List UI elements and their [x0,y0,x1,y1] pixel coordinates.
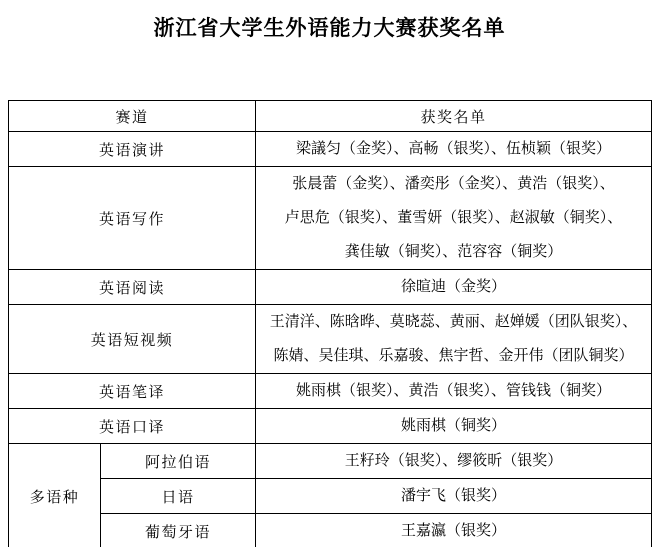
table-row: 英语口译 姚雨棋（铜奖） [9,409,652,444]
awards-table: 赛道 获奖名单 英语演讲 梁議匀（金奖）、高畅（银奖）、伍桢颖（银奖） 英语写作… [8,100,652,547]
table-row-header: 赛道 获奖名单 [9,101,652,132]
header-cell-track: 赛道 [9,101,256,132]
winners-cell: 姚雨棋（银奖）、黄浩（银奖）、管钱钱（铜奖） [256,374,652,409]
winners-cell: 王籽玲（银奖）、缪筱昕（银奖） [256,444,652,479]
winner-line: 陈婧、吴佳琪、乐嘉骏、焦宇哲、金开伟（团队铜奖） [258,339,649,373]
document-page: 浙江省大学生外语能力大赛获奖名单 赛道 获奖名单 英语演讲 梁議匀（金奖）、高畅… [0,0,659,547]
winners-cell: 姚雨棋（铜奖） [256,409,652,444]
track-label: 英语写作 [9,167,256,270]
winner-line: 徐暄迪（金奖） [258,270,649,304]
table-row: 英语笔译 姚雨棋（银奖）、黄浩（银奖）、管钱钱（铜奖） [9,374,652,409]
winners-cell: 张晨蕾（金奖）、潘奕彤（金奖）、黄浩（银奖）、 卢思危（银奖）、董雪妍（银奖）、… [256,167,652,270]
winners-cell: 王清洋、陈晗晔、莫晓蕊、黄丽、赵婵媛（团队银奖）、 陈婧、吴佳琪、乐嘉骏、焦宇哲… [256,305,652,374]
sub-lang-label: 阿拉伯语 [101,444,256,479]
winner-line: 卢思危（银奖）、董雪妍（银奖）、赵淑敏（铜奖）、 [258,201,649,235]
table-row: 葡萄牙语 王嘉瀛（银奖） [9,514,652,547]
winner-line: 姚雨棋（铜奖） [258,409,649,443]
winners-cell: 梁議匀（金奖）、高畅（银奖）、伍桢颖（银奖） [256,132,652,167]
table-row: 英语演讲 梁議匀（金奖）、高畅（银奖）、伍桢颖（银奖） [9,132,652,167]
track-label: 英语口译 [9,409,256,444]
winner-line: 潘宇飞（银奖） [258,479,649,513]
winner-line: 姚雨棋（银奖）、黄浩（银奖）、管钱钱（铜奖） [258,374,649,408]
header-cell-winners: 获奖名单 [256,101,652,132]
winners-cell: 王嘉瀛（银奖） [256,514,652,547]
winners-cell: 潘宇飞（银奖） [256,479,652,514]
lang-group-label: 多语种 [9,444,101,547]
track-label: 英语阅读 [9,270,256,305]
table-row: 英语写作 张晨蕾（金奖）、潘奕彤（金奖）、黄浩（银奖）、 卢思危（银奖）、董雪妍… [9,167,652,270]
winner-line: 王籽玲（银奖）、缪筱昕（银奖） [258,444,649,478]
table-row: 多语种 阿拉伯语 王籽玲（银奖）、缪筱昕（银奖） [9,444,652,479]
winner-line: 龚佳敏（铜奖）、范容容（铜奖） [258,235,649,269]
table-row: 英语短视频 王清洋、陈晗晔、莫晓蕊、黄丽、赵婵媛（团队银奖）、 陈婧、吴佳琪、乐… [9,305,652,374]
winner-line: 梁議匀（金奖）、高畅（银奖）、伍桢颖（银奖） [258,132,649,166]
sub-lang-label: 葡萄牙语 [101,514,256,547]
table-row: 英语阅读 徐暄迪（金奖） [9,270,652,305]
winner-line: 王清洋、陈晗晔、莫晓蕊、黄丽、赵婵媛（团队银奖）、 [258,305,649,339]
winners-cell: 徐暄迪（金奖） [256,270,652,305]
track-label: 英语笔译 [9,374,256,409]
page-title: 浙江省大学生外语能力大赛获奖名单 [0,12,659,42]
table-row: 日语 潘宇飞（银奖） [9,479,652,514]
winner-line: 王嘉瀛（银奖） [258,514,649,547]
track-label: 英语短视频 [9,305,256,374]
track-label: 英语演讲 [9,132,256,167]
sub-lang-label: 日语 [101,479,256,514]
winner-line: 张晨蕾（金奖）、潘奕彤（金奖）、黄浩（银奖）、 [258,167,649,201]
